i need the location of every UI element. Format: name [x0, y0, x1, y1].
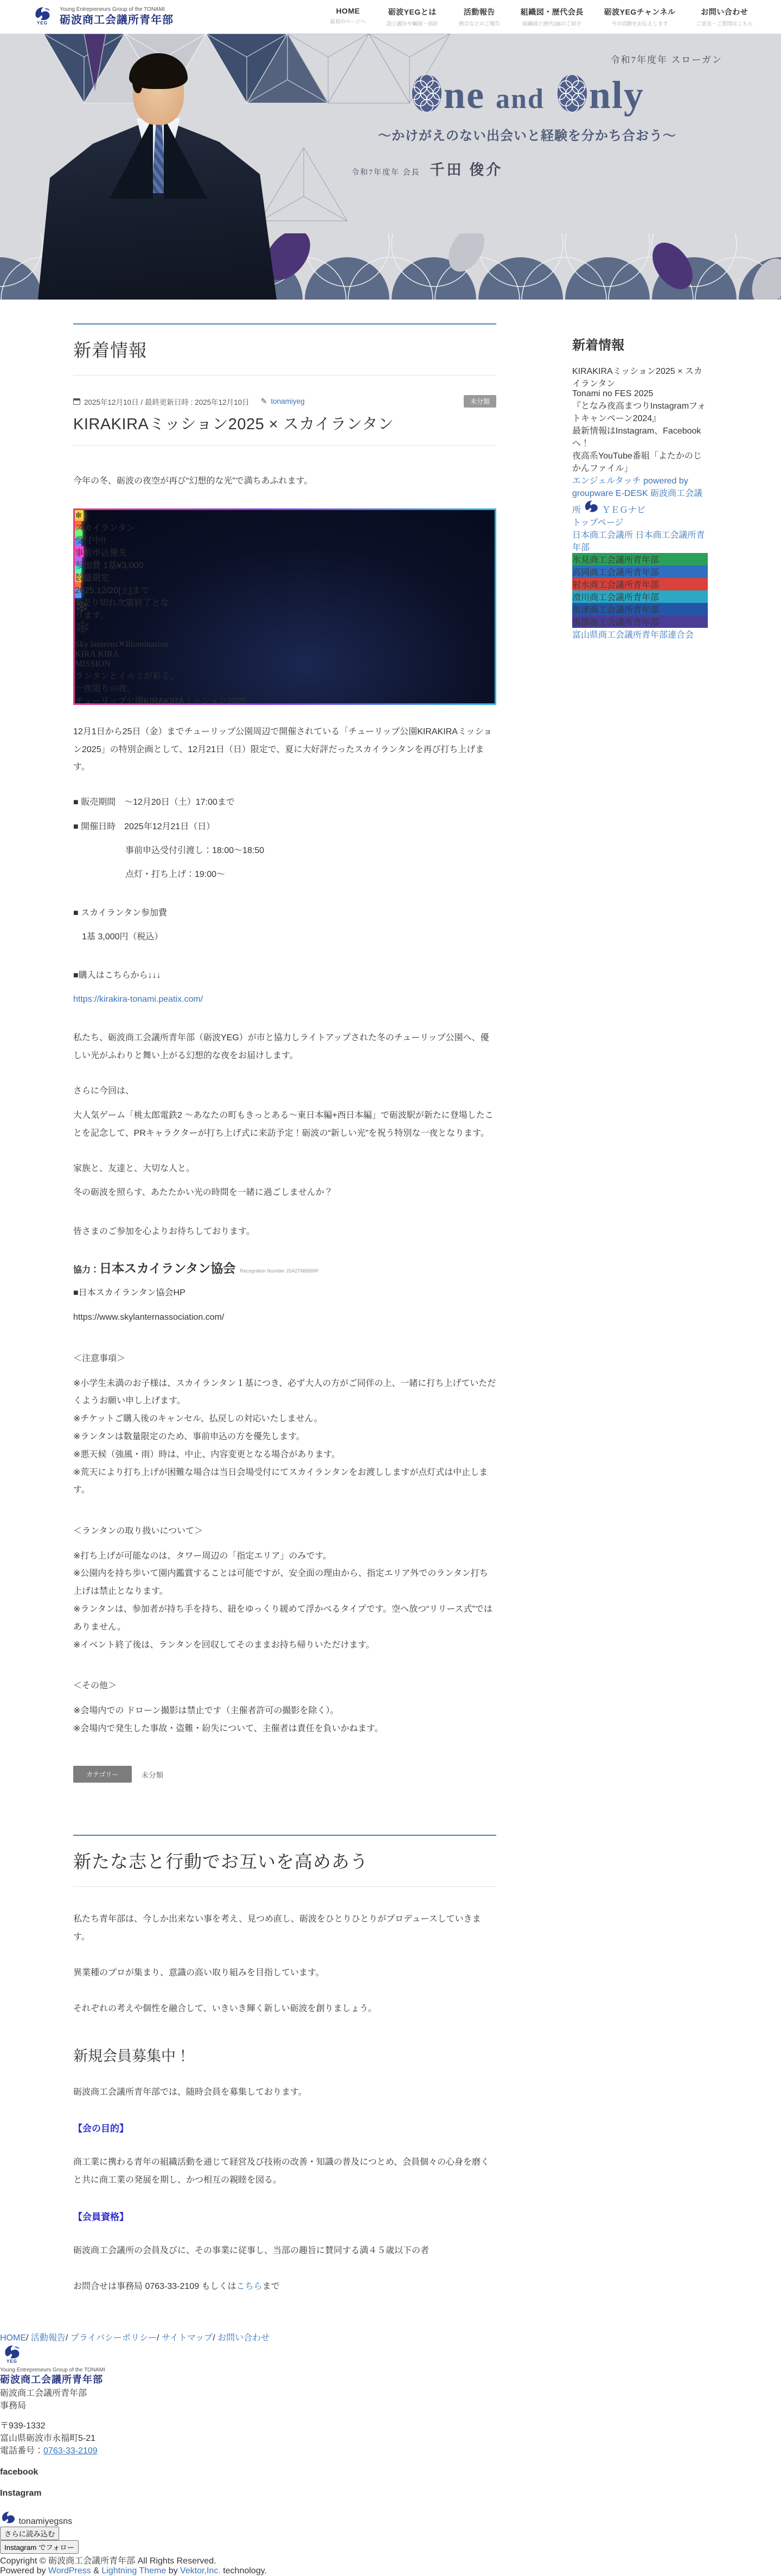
note-item: ※ランタンは数量限定のため、事前申込の方を優先します。	[73, 1428, 496, 1446]
nav-item-about[interactable]: 砺波YEGとは 設立趣旨や綱領・指針	[387, 7, 438, 27]
facebook-heading: facebook	[0, 2467, 781, 2477]
vektor-link[interactable]: Vektor,Inc.	[180, 2566, 221, 2575]
logo-subtitle: Young Entrepreneurs Group of the TONAMI	[60, 7, 174, 14]
yeg-bird-icon: YEG	[30, 5, 54, 29]
handling-item: ※打ち上げが可能なのは、タワー周辺の「指定エリア」のみです。	[73, 1548, 496, 1566]
nav-item-contact[interactable]: お問い合わせ ご意見・ご質問はこちら	[696, 7, 753, 27]
nav-sublabel: 今の活動をお伝えします	[604, 20, 676, 27]
sidebar: 新着情報 KIRAKIRAミッション2025 × スカイランタン Tonami …	[572, 323, 708, 640]
footer-nav-reports[interactable]: 活動報告	[31, 2333, 66, 2343]
president-label: 令和7年度年 会長	[351, 169, 420, 177]
instagram-heading: Instagram	[0, 2489, 781, 2498]
sidebar-news-item[interactable]: 『となみ夜高まつりInstagramフォトキャンペーン2024』	[572, 399, 708, 424]
note-item: ※荒天により打ち上げが困難な場合は当日会場受付にてスカイランタンをお渡ししますが…	[73, 1464, 496, 1500]
hero-text: 令和7年度年 スローガン ne and nly 〜かけがえのない出会いと経験を分…	[332, 52, 722, 179]
sale-period: ■ 販売期間 〜12月20日（土）17:00まで	[73, 794, 496, 811]
load-more-button[interactable]: さらに読み込む	[0, 2527, 59, 2540]
instagram-avatar	[0, 2517, 18, 2526]
president-name-line: 令和7年度年 会長 千田 俊介	[332, 158, 722, 179]
handling-item: ※ランタンは、参加者が持ち手を持ち、紐をゆっくり緩めて浮かべるタイプです。空へ放…	[73, 1601, 496, 1637]
note-item: ※悪天候（強風・雨）時は、中止、内容変更となる場合があります。	[73, 1446, 496, 1464]
note-item: ※チケットご購入後のキャンセル、払戻しの対応いたしません。	[73, 1410, 496, 1428]
shippo-o-icon	[556, 73, 588, 113]
vision-section: 新たな志と行動でお互いを高めあう 私たち青年部は、今しか出来ない事を考え、見つめ…	[73, 1835, 496, 2295]
paragraph: 今年の冬、砺波の夜空が再び“幻想的な光”で満ちあふれます。	[73, 473, 496, 491]
poster-text: 受付中!!	[75, 533, 177, 546]
nav-sublabel: 組織図と歴代OBのご紹介	[521, 20, 584, 27]
kurobe-yeg-button[interactable]: 黒部商工会議所青年部	[572, 615, 708, 628]
footer-nav: HOME/ 活動報告/ プライバシーポリシー/ サイトマップ/ お問い合わせ	[0, 2331, 781, 2343]
instagram-profile[interactable]: tonamiyegsns	[0, 2510, 781, 2527]
poster-text: 2025.12/20[土]まで	[75, 583, 177, 596]
president-name: 千田 俊介	[430, 162, 503, 178]
instagram-account-name[interactable]: tonamiyegsns	[18, 2517, 72, 2526]
yeg-text: YEG	[7, 2359, 17, 2364]
sidebar-news-item[interactable]: KIRAKIRAミッション2025 × スカイランタン	[572, 364, 708, 389]
footer-logo[interactable]: YEG Young Entrepreneurs Group of the TON…	[0, 2343, 781, 2386]
himi-yeg-button[interactable]: 氷見商工会議所青年部	[572, 553, 708, 565]
footer-org-column: YEG Young Entrepreneurs Group of the TON…	[0, 2343, 781, 2456]
contact-line: お問合せは事務局 0763-33-2109 もしくはこちらまで	[73, 2278, 496, 2296]
sidebar-news-item[interactable]: Tonami no FES 2025	[572, 389, 708, 399]
calendar-icon	[73, 398, 80, 405]
contact-here-link[interactable]: こちら	[236, 2282, 263, 2291]
category-button[interactable]: カテゴリー	[73, 1766, 132, 1783]
poster-text: 参加費 1基	[75, 561, 117, 570]
nav-label: HOME	[330, 7, 366, 15]
article-meta: 2025年12月10日 / 最終更新日時 : 2025年12月10日 ✎ ton…	[73, 395, 496, 408]
footer-tel-link[interactable]: 0763-33-2109	[43, 2446, 98, 2456]
footer-instagram-column: Instagram tonamiyegsns	[0, 2489, 781, 2554]
category-value-link[interactable]: 未分類	[142, 1769, 164, 1780]
nav-label: 活動報告	[459, 7, 500, 17]
handling-item: ※イベント終了後は、ランタンを回収してそのままお持ち帰りいただけます。	[73, 1637, 496, 1655]
toyama-federation-link[interactable]: 富山県商工会議所青年部連合会	[572, 631, 694, 640]
paragraph: 皆さまのご参加を心よりお待ちしております。	[73, 1223, 496, 1241]
footer-nav-home[interactable]: HOME	[0, 2333, 26, 2343]
paragraph: 私たち、砺波商工会議所青年部（砺波YEG）が市と協力しライトアップされた冬のチュ…	[73, 1029, 496, 1065]
copyright-line2: Powered by WordPress & Lightning Theme b…	[0, 2566, 781, 2576]
namerikawa-yeg-button[interactable]: 滑川商工会議所青年部	[572, 590, 708, 603]
slogan-text: ne and nly	[332, 73, 722, 116]
lightning-theme-link[interactable]: Lightning Theme	[101, 2566, 166, 2575]
paragraph: 異業種のプロが集まり、意識の高い取り組みを目指しています。	[73, 1964, 496, 1982]
nav-label: 組織図・歴代会長	[521, 7, 584, 17]
paragraph: 家族と、友達と、大切な人と。	[73, 1161, 496, 1177]
main-column: 新着情報 2025年12月10日 / 最終更新日時 : 2025年12月10日 …	[73, 323, 496, 2331]
wordpress-link[interactable]: WordPress	[48, 2566, 91, 2575]
footer-nav-contact[interactable]: お問い合わせ	[217, 2333, 270, 2343]
nav-item-home[interactable]: HOME 最初のページへ	[330, 7, 366, 27]
fee-title: ■ スカイランタン参加費	[73, 905, 496, 921]
qualification-title: 【会員資格】	[73, 2209, 496, 2223]
copyright: Copyright © 砺波商工会議所青年部 All Rights Reserv…	[0, 2554, 781, 2576]
yeg-navi-banner[interactable]: ＹＥＧナビトップページ	[572, 506, 645, 527]
nav-label: 砺波YEGチャンネル	[604, 7, 676, 17]
notes-title: ＜注意事項＞	[73, 1351, 496, 1367]
jcci-link[interactable]: 日本商工会議所	[572, 531, 633, 540]
cooperation-line: 協力：日本スカイランタン協会Recognition Number JSA2TM5…	[73, 1258, 496, 1276]
news-section: 新着情報 2025年12月10日 / 最終更新日時 : 2025年12月10日 …	[73, 323, 496, 1783]
main-nav: HOME 最初のページへ 砺波YEGとは 設立趣旨や綱領・指針 活動報告 例会な…	[330, 7, 753, 27]
nav-sublabel: 設立趣旨や綱領・指針	[387, 20, 438, 27]
footer-facebook-column: facebook	[0, 2467, 781, 2477]
recruit-title: 新規会員募集中！	[73, 2044, 496, 2065]
takaoka-yeg-button[interactable]: 高岡商工会議所青年部	[572, 565, 708, 578]
other-title: ＜その他＞	[73, 1678, 496, 1694]
paragraph: 私たち青年部は、今しか出来ない事を考え、見つめ直し、砺波をひとりひとりがプロデュ…	[73, 1911, 496, 1947]
page: YEG Young Entrepreneurs Group of the TON…	[0, 0, 781, 2576]
uozu-yeg-button[interactable]: 魚津商工会議所青年部	[572, 603, 708, 615]
lighting-time: 点灯・打ち上げ：19:00〜	[73, 867, 496, 883]
purchase-link[interactable]: https://kirakira-tonami.peatix.com/	[73, 995, 203, 1004]
banner-label: エンジェルタッチ	[572, 476, 641, 486]
paragraph: 冬の砺波を照らす、あたたかい光の時間を一緒に過ごしませんか？	[73, 1185, 496, 1201]
site-logo[interactable]: YEG Young Entrepreneurs Group of the TON…	[30, 5, 174, 29]
other-item: ※会場内での ドローン撮影は禁止です（主催者許可の撮影を除く）。	[73, 1702, 496, 1720]
nav-label: 砺波YEGとは	[387, 7, 438, 17]
handling-title: ＜ランタンの取り扱いについて＞	[73, 1523, 496, 1540]
site-footer: HOME/ 活動報告/ プライバシーポリシー/ サイトマップ/ お問い合わせ Y…	[0, 2331, 781, 2576]
fee-value: 1基 3,000円（税込）	[73, 929, 496, 945]
footer-nav-sitemap[interactable]: サイトマップ	[162, 2333, 213, 2343]
banner-label: ＹＥＧナビ	[602, 506, 645, 515]
president-photo	[38, 54, 277, 300]
purchase-title: ■購入はこちらから↓↓↓	[73, 968, 496, 984]
poster-text: 事前申込優先	[75, 546, 177, 558]
sidebar-links: 日本商工会議所 日本商工会議所青年部 氷見商工会議所青年部 高岡商工会議所青年部…	[572, 528, 708, 640]
category-row: カテゴリー 未分類	[73, 1766, 496, 1783]
poster-text: 数量限定	[75, 571, 177, 583]
article-title: KIRAKIRAミッション2025 × スカイランタン	[73, 412, 496, 446]
note-item: ※小学生未満のお子様は、スカイランタン１基につき、必ず大人の方がご同伴の上、一緒…	[73, 1375, 496, 1411]
logo-title: 砺波商工会議所青年部	[0, 2374, 781, 2386]
paragraph: 12月1日から25日（金）までチューリップ公園周辺で開催されている「チューリップ…	[73, 723, 496, 777]
site-header: YEG Young Entrepreneurs Group of the TON…	[0, 0, 781, 34]
reception-time: 事前申込受付引渡し：18:00〜18:50	[73, 843, 496, 859]
nav-sublabel: ご意見・ご質問はこちら	[696, 20, 753, 27]
nav-item-reports[interactable]: 活動報告 例会などのご報告	[459, 7, 500, 27]
association-hp-label: ■日本スカイランタン協会HP	[73, 1285, 496, 1301]
handling-item: ※公園内を持ち歩いて園内鑑賞することは可能ですが、安全面の理由から、指定エリア外…	[73, 1565, 496, 1601]
imizu-yeg-button[interactable]: 射水商工会議所青年部	[572, 578, 708, 590]
instagram-follow-button[interactable]: Instagram でフォロー	[0, 2540, 79, 2554]
nav-sublabel: 最初のページへ	[330, 17, 366, 25]
poster-text: ※売り切れ次第終了となります。	[75, 596, 177, 621]
yeg-bird-icon: YEG	[0, 2343, 24, 2367]
other-item: ※会場内で発生した事故・盗難・紛失について、主催者は責任を負いかねます。	[73, 1720, 496, 1738]
nav-item-channel[interactable]: 砺波YEGチャンネル 今の活動をお伝えします	[604, 7, 676, 27]
section-title-news: 新着情報	[73, 336, 496, 362]
sidebar-news-item[interactable]: 夜高系YouTube番組「よたかのじかんファイル」	[572, 449, 708, 474]
category-badge[interactable]: 未分類	[464, 395, 496, 408]
purpose-title: 【会の目的】	[73, 2121, 496, 2134]
shippo-o-icon	[411, 73, 443, 113]
yeg-bird-icon	[583, 499, 599, 513]
event-date: ■ 開催日時 2025年12月21日（日）	[73, 819, 496, 835]
sidebar-news-item[interactable]: 最新情報はInstagram、Facebookへ！	[572, 424, 708, 449]
pencil-icon: ✎	[261, 397, 267, 406]
sidebar-news-title: 新着情報	[572, 334, 708, 353]
article: 2025年12月10日 / 最終更新日時 : 2025年12月10日 ✎ ton…	[73, 395, 496, 1783]
association-hp-url: https://www.skylanternassociation.com/	[73, 1309, 496, 1326]
banner-label: トップページ	[572, 518, 624, 527]
slogan-subtitle: 〜かけがえのない出会いと経験を分かち合おう〜	[332, 125, 722, 144]
nav-sublabel: 例会などのご報告	[459, 20, 500, 27]
slogan-year-label: 令和7年度年 スローガン	[332, 52, 722, 66]
sidebar-news-widget: 新着情報 KIRAKIRAミッション2025 × スカイランタン Tonami …	[572, 334, 708, 474]
nav-item-organization[interactable]: 組織図・歴代会長 組織図と歴代OBのご紹介	[521, 7, 584, 27]
yeg-text: YEG	[37, 21, 48, 26]
hero-banner: 令和7年度年 スローガン ne and nly 〜かけがえのない出会いと経験を分…	[0, 34, 781, 300]
paragraph: 砺波商工会議所青年部では、随時会員を募集しております。	[73, 2084, 496, 2102]
paragraph: それぞれの考えや個性を融合して、いきいき輝く新しい砺波を創りましょう。	[73, 2000, 496, 2018]
section-title-vision: 新たな志と行動でお互いを高めあう	[73, 1848, 496, 1873]
snowflake-icon: ❄	[75, 510, 177, 521]
footer-nav-privacy[interactable]: プライバシーポリシー	[71, 2333, 157, 2343]
article-dates: 2025年12月10日 / 最終更新日時 : 2025年12月10日	[84, 396, 249, 407]
paragraph: さらに今回は、	[73, 1083, 496, 1099]
logo-title: 砺波商工会議所青年部	[60, 14, 174, 27]
nav-label: お問い合わせ	[696, 7, 753, 17]
event-poster-image: ❄ ❄ ❄ スカイランタン 受付中!! 事前申込優先 参加費 1基¥3,000 …	[73, 508, 496, 705]
paragraph: 大人気ゲーム「桃太郎電鉄2 〜あなたの町もきっとある〜東日本編+西日本編」で砺波…	[73, 1107, 496, 1143]
poster-price: ¥3,000	[117, 561, 143, 570]
paragraph: 砺波商工会議所の会員及びに、その事業に従事し、当部の趣旨に賛同する満４５歳以下の…	[73, 2242, 496, 2260]
article-author-link[interactable]: tonamiyeg	[271, 397, 304, 405]
poster-text: スカイランタン	[75, 521, 177, 533]
copyright-line1: Copyright © 砺波商工会議所青年部 All Rights Reserv…	[0, 2554, 781, 2566]
logo-subtitle: Young Entrepreneurs Group of the TONAMI	[0, 2367, 781, 2374]
poster-left-panel: ❄ スカイランタン 受付中!! 事前申込優先 参加費 1基¥3,000 数量限定…	[75, 510, 177, 703]
paragraph: 商工業に携わる青年の組織活動を通じて経営及び技術の改善・知識の普及につとめ、会員…	[73, 2154, 496, 2190]
footer-address: 砺波商工会議所青年部 事務局 〒939-1332 富山県砺波市永福町5-21 電…	[0, 2386, 781, 2456]
